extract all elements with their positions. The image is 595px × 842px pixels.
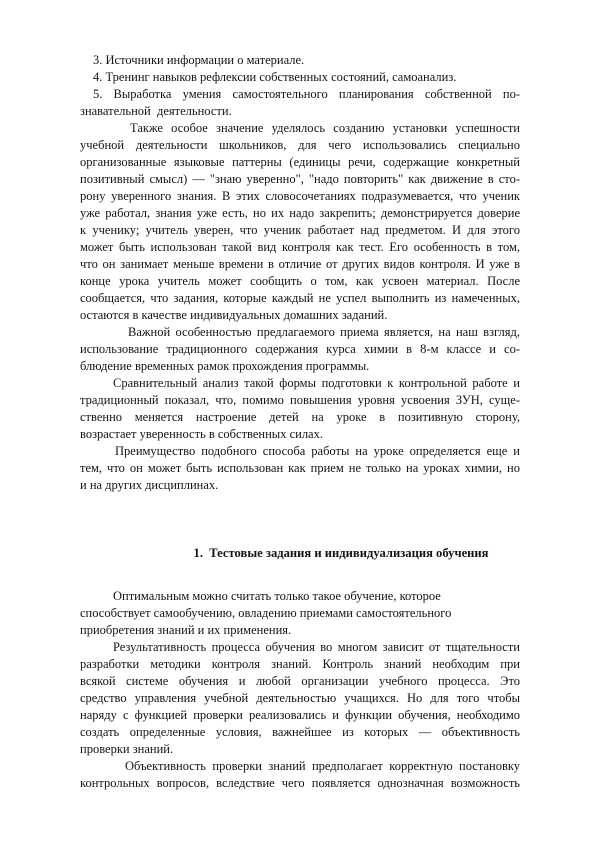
text-line: ственно меняется настроение детей на уро… — [80, 409, 520, 426]
text-line: рону уверенного знания. В этих словосоче… — [80, 188, 520, 205]
text-line: и на других дисциплинах. — [80, 477, 520, 494]
text-line: Результативность процесса обучения во мн… — [80, 639, 520, 656]
paragraph-takzhe: Также особое значение уделялось созданию… — [80, 120, 520, 324]
text-line: остаются в качестве индивидуальных домаш… — [80, 307, 520, 324]
text-line: Сравнительный анализ такой формы подгото… — [80, 375, 520, 392]
text-line: традиционный показал, что, помимо повыше… — [80, 392, 520, 409]
text-line: уже работал, знания уже есть, но их надо… — [80, 205, 520, 222]
text-line: позитивный смысл) — "знаю уверенно", "на… — [80, 171, 520, 188]
text-line: что он занимает меньше времени в отличие… — [80, 256, 520, 273]
text-line: знавательной деятельности. — [80, 103, 520, 120]
paragraph-optimalnym: Оптимальным можно считать только такое о… — [80, 588, 520, 639]
text-line: блюдение временных рамок прохождения про… — [80, 358, 520, 375]
paragraph-vazhnoy: Важной особенностью предлагаемого приема… — [80, 324, 520, 375]
text-line: может быть использован такой вид контрол… — [80, 239, 520, 256]
document-page: 3. Источники информации о материале.4. Т… — [0, 0, 595, 842]
text-line: всякой системе обучения и любой организа… — [80, 673, 520, 690]
paragraph-obektivnost: Объективность проверки знаний предполага… — [80, 758, 520, 792]
text-line: 4. Тренинг навыков рефлексии собственных… — [80, 69, 520, 86]
text-line: к ученику; учитель уверен, что ученик ра… — [80, 222, 520, 239]
section-heading: 1. Тестовые задания и индивидуализация о… — [80, 545, 520, 562]
text-line: Также особое значение уделялось созданию… — [80, 120, 520, 137]
list-item-4: 4. Тренинг навыков рефлексии собственных… — [80, 69, 520, 86]
text-line: средство управления учебной деятельность… — [80, 690, 520, 707]
text-line: 3. Источники информации о материале. — [80, 52, 520, 69]
paragraph-preimushchestvo: Преимущество подобного способа работы на… — [80, 443, 520, 494]
text-blocks-top: 3. Источники информации о материале.4. Т… — [80, 52, 520, 494]
text-line: контрольных вопросов, вследствие чего по… — [80, 775, 520, 792]
text-line: тем, что он может быть использован как п… — [80, 460, 520, 477]
list-item-5: 5. Выработка умения самостоятельного пла… — [80, 86, 520, 120]
page-content: 3. Источники информации о материале.4. Т… — [80, 52, 520, 792]
text-line: наряду с функцией проверки реализовались… — [80, 707, 520, 724]
text-line: сообщается, что задания, которые каждый … — [80, 290, 520, 307]
paragraph-rezultativnost: Результативность процесса обучения во мн… — [80, 639, 520, 758]
list-item-3: 3. Источники информации о материале. — [80, 52, 520, 69]
text-line: Объективность проверки знаний предполага… — [80, 758, 520, 775]
text-line: разработки методики контроля знаний. Кон… — [80, 656, 520, 673]
text-line: конце урока учитель может сообщить о том… — [80, 273, 520, 290]
text-line: использование традиционного содержания к… — [80, 341, 520, 358]
text-line: учебной деятельности школьников, для чег… — [80, 137, 520, 154]
text-line: Преимущество подобного способа работы на… — [80, 443, 520, 460]
text-line: организованные языковые паттерны (единиц… — [80, 154, 520, 171]
text-line: способствует самообучению, овладению при… — [80, 605, 520, 622]
text-line: возрастает уверенность в собственных сил… — [80, 426, 520, 443]
paragraph-sravnitelny: Сравнительный анализ такой формы подгото… — [80, 375, 520, 443]
text-blocks-bottom: Оптимальным можно считать только такое о… — [80, 588, 520, 792]
text-line: создать определенные условия, важнейшее … — [80, 724, 520, 741]
text-line: 5. Выработка умения самостоятельного пла… — [80, 86, 520, 103]
text-line: приобретения знаний и их применения. — [80, 622, 520, 639]
text-line: проверки знаний. — [80, 741, 520, 758]
text-line: Важной особенностью предлагаемого приема… — [80, 324, 520, 341]
text-line: Оптимальным можно считать только такое о… — [80, 588, 520, 605]
